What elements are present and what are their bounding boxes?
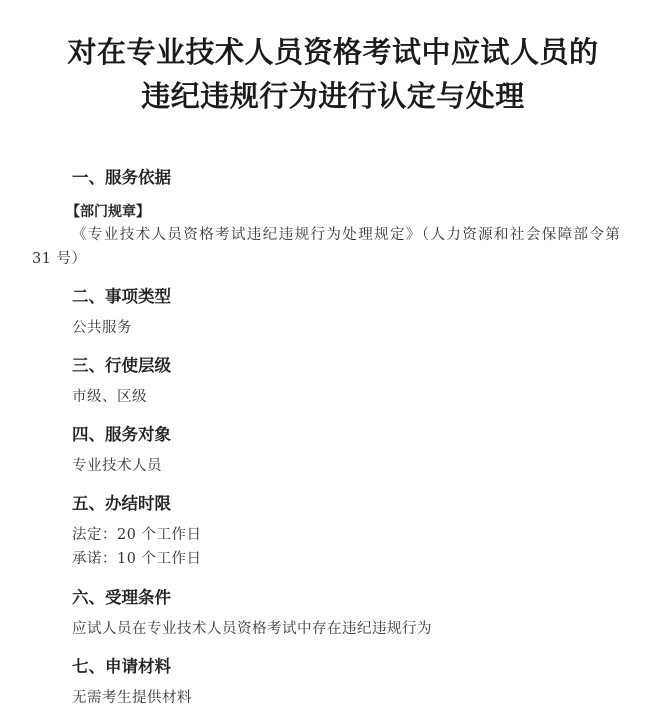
section-body-line: 31 号）	[32, 247, 87, 268]
section-body: 市级、区级	[72, 385, 147, 406]
section-body-line: 《专业技术人员资格考试违纪违规行为处理规定》（人力资源和社会保障部令第	[72, 223, 632, 244]
section-body: 无需考生提供材料	[72, 686, 192, 706]
title-line-1: 对在专业技术人员资格考试中应试人员的	[0, 30, 666, 71]
committed-limit: 承诺：10 个工作日	[72, 547, 202, 568]
section-body: 专业技术人员	[72, 454, 162, 475]
regulation-tag: 【部门规章】	[66, 201, 150, 221]
section-heading: 一、服务依据	[72, 164, 171, 188]
section-heading: 七、申请材料	[72, 653, 171, 677]
section-heading: 二、事项类型	[72, 283, 171, 307]
section-heading: 五、办结时限	[72, 490, 171, 514]
section-heading: 四、服务对象	[72, 421, 171, 445]
section-body: 应试人员在专业技术人员资格考试中存在违纪违规行为	[72, 617, 432, 638]
section-body: 公共服务	[72, 316, 132, 337]
title-line-2: 违纪违规行为进行认定与处理	[0, 74, 666, 115]
section-heading: 六、受理条件	[72, 584, 171, 608]
statutory-limit: 法定：20 个工作日	[72, 523, 202, 544]
section-heading: 三、行使层级	[72, 352, 171, 376]
